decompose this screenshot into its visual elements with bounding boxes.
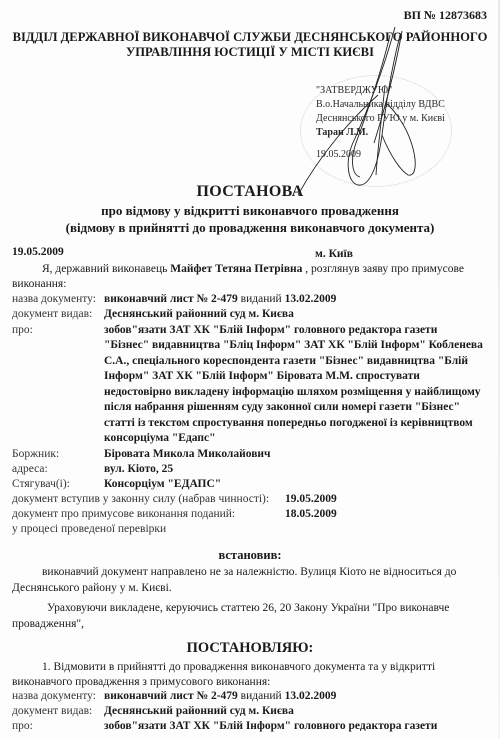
res-doc-name-value: виконавчий лист № 2-479 виданий 13.02.20… [104,690,336,702]
established-line-1: виконавчий документ направлено не за нал… [42,565,456,580]
issued-by-value: Деснянський районний суд м. Києва [104,308,294,320]
effective-value: 19.05.2009 [285,493,337,505]
signature-icon [290,25,450,195]
document-title: ПОСТАНОВА [0,183,500,201]
about-line: "Бізнес" видавництва "Бліц Інформ" ЗАТ Х… [104,339,483,351]
address-label: адреса: [12,463,48,475]
res-doc-name-label: назва документу: [12,690,96,702]
debtor-label: Боржник: [12,448,59,460]
res-about-label: про: [12,720,33,732]
check-line: у процесі проведеної перевірки [12,523,166,535]
issued-by-label: документ видав: [12,308,92,320]
res-issued-by-label: документ видав: [12,705,92,717]
resolution-line-2: виконавчого провадження з примусового ви… [12,675,270,690]
claimant-value: Консорціум "ЕДАПС" [104,478,221,490]
intro-line-1: Я, державний виконавець Майфет Тетяна Пе… [42,262,464,277]
officer-name: Майфет Тетяна Петрівна [170,263,302,275]
established-line-4: провадження", [12,617,84,632]
document-city: м. Київ [315,248,353,260]
about-line: після набрання рішенням суду законної си… [104,401,460,413]
claimant-label: Стягувач(і): [12,478,70,490]
res-issued-by-value: Деснянський районний суд м. Києва [104,705,294,717]
about-label: про: [12,324,33,336]
doc-name-label: назва документу: [12,293,96,305]
established-line-2: Деснянського району у м. Києві. [12,581,172,596]
res-about-line: зобов"язати ЗАТ ХК "Блій Інформ" головно… [104,720,437,732]
intro-line-2: виконання: [12,277,66,292]
submitted-label: документ про примусове виконання поданий… [12,508,235,520]
submitted-value: 18.05.2009 [285,508,337,520]
about-line: зобов"язати ЗАТ ХК "Блій Інформ" головно… [104,324,437,336]
resolution-heading: ПОСТАНОВЛЯЮ: [0,640,500,657]
document-date: 19.05.2009 [12,246,64,258]
established-line-3: Ураховуючи викладене, керуючись статтею … [47,601,449,616]
subtitle-line-2: (відмову в прийнятті до провадження вико… [0,219,500,236]
doc-name-value: виконавчий лист № 2-479 виданий 13.02.20… [104,293,336,305]
debtor-value: Біровата Микола Миколайович [104,448,271,460]
about-line: С.А., спеціального кореспондента газети … [104,355,468,367]
resolution-line-1: 1. Відмовити в прийнятті до провадження … [42,660,435,675]
document-subtitle: про відмову у відкритті виконавчого пров… [0,202,500,236]
about-line: недостовірно викладену інформацію шляхом… [104,386,481,398]
document-page: ВП № 12873683 ВІДДІЛ ДЕРЖАВНОЇ ВИКОНАВЧО… [0,0,500,738]
effective-label: документ вступив у законну силу (набрав … [12,493,269,505]
about-line: Інформ" ЗАТ ХК "Блій Інформ" Біровата М.… [104,370,420,382]
established-heading: встановив: [0,548,500,563]
about-line: статті із текстом спростування попереднь… [104,417,473,429]
about-line: консорціума "Едапс" [104,432,216,444]
case-number: ВП № 12873683 [404,8,487,23]
address-value: вул. Кіото, 25 [104,463,173,475]
subtitle-line-1: про відмову у відкритті виконавчого пров… [0,202,500,219]
